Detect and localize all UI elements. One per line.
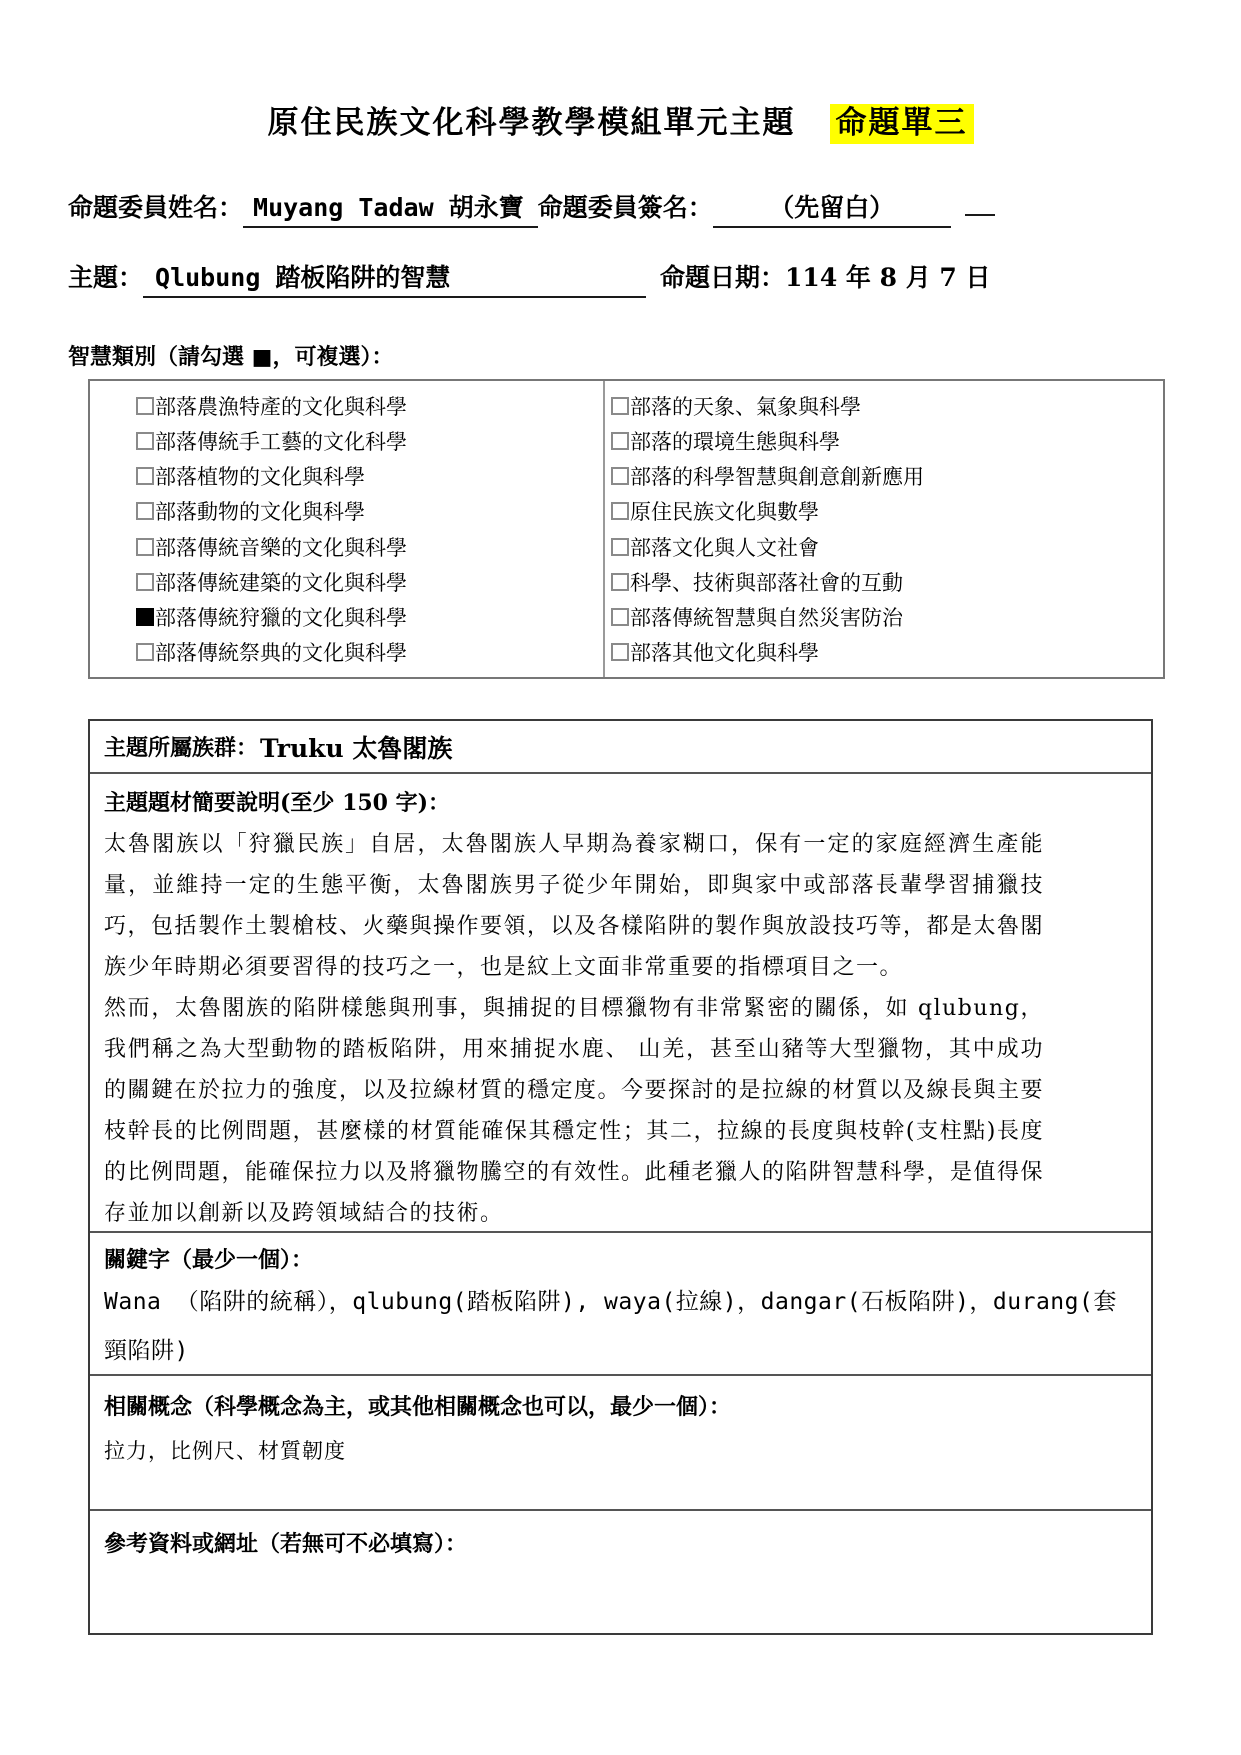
keywords-row: 關鍵字（最少一個）： Wana （陷阱的統稱），qlubung(踏板陷阱), w… bbox=[90, 1231, 1151, 1374]
category-label: 部落傳統狩獵的文化與科學 bbox=[155, 602, 407, 632]
ethnic-group-label: 主題所屬族群： bbox=[104, 731, 258, 762]
committee-line: 命題委員姓名：Muyang Tadaw 胡永寶命題委員簽名：（先留白） bbox=[68, 188, 1208, 228]
description-row: 主題題材簡要說明(至少 150 字)： 太魯閣族以「狩獵民族」自居，太魯閣族人早… bbox=[90, 772, 1151, 1231]
keywords-label: 關鍵字（最少一個）： bbox=[104, 1243, 1123, 1274]
checkbox-icon[interactable] bbox=[136, 538, 154, 556]
category-label: 部落其他文化與科學 bbox=[630, 637, 819, 667]
references-row: 參考資料或網址（若無可不必填寫）： bbox=[90, 1509, 1151, 1633]
checkbox-icon[interactable] bbox=[136, 502, 154, 520]
checkbox-icon[interactable] bbox=[136, 467, 154, 485]
checkbox-icon[interactable] bbox=[611, 608, 629, 626]
signature-label: 命題委員簽名： bbox=[538, 193, 713, 222]
checkbox-icon[interactable] bbox=[136, 397, 154, 415]
category-row: 部落傳統狩獵的文化與科學 bbox=[90, 602, 603, 632]
checkbox-icon[interactable] bbox=[611, 502, 629, 520]
category-row: 部落植物的文化與科學 bbox=[90, 461, 603, 491]
checkbox-icon[interactable] bbox=[611, 643, 629, 661]
category-row: 部落傳統手工藝的文化科學 bbox=[90, 426, 603, 456]
checkbox-icon[interactable] bbox=[611, 467, 629, 485]
checkbox-icon[interactable] bbox=[611, 538, 629, 556]
references-label: 參考資料或網址（若無可不必填寫）： bbox=[104, 1527, 1111, 1558]
ethnic-group-row: 主題所屬族群：Truku 太魯閣族 bbox=[90, 721, 1151, 772]
category-label: 部落傳統智慧與自然災害防治 bbox=[630, 602, 903, 632]
category-row: 部落的環境生態與科學 bbox=[605, 426, 1163, 456]
page-title: 原住民族文化科學教學模組單元主題命題單三 bbox=[0, 97, 1241, 142]
category-label: 部落傳統手工藝的文化科學 bbox=[155, 426, 407, 456]
concepts-row: 相關概念（科學概念為主，或其他相關概念也可以，最少一個）： 拉力，比例尺、材質韌… bbox=[90, 1374, 1151, 1509]
category-label: 部落傳統祭典的文化與科學 bbox=[155, 637, 407, 667]
document-page: 原住民族文化科學教學模組單元主題命題單三 命題委員姓名：Muyang Tadaw… bbox=[0, 0, 1241, 1755]
detail-table: 主題所屬族群：Truku 太魯閣族 主題題材簡要說明(至少 150 字)： 太魯… bbox=[88, 719, 1153, 1635]
category-row: 部落農漁特產的文化與科學 bbox=[90, 391, 603, 421]
category-row: 部落傳統建築的文化與科學 bbox=[90, 567, 603, 597]
description-paragraph-1: 太魯閣族以「狩獵民族」自居，太魯閣族人早期為養家糊口，保有一定的家庭經濟生產能量… bbox=[104, 824, 1044, 988]
category-row: 部落動物的文化與科學 bbox=[90, 496, 603, 526]
category-row: 科學、技術與部落社會的互動 bbox=[605, 567, 1163, 597]
date-label: 命題日期： bbox=[660, 263, 785, 292]
keywords-value: Wana （陷阱的統稱），qlubung(踏板陷阱), waya(拉線)，dan… bbox=[104, 1278, 1123, 1376]
checkbox-icon[interactable] bbox=[611, 432, 629, 450]
category-label: 部落的環境生態與科學 bbox=[630, 426, 840, 456]
category-label: 原住民族文化與數學 bbox=[630, 496, 819, 526]
category-row: 部落的天象、氣象與科學 bbox=[605, 391, 1163, 421]
category-heading: 智慧類別（請勾選 ■，可複選）： bbox=[68, 340, 393, 371]
checkbox-icon[interactable] bbox=[136, 432, 154, 450]
checkbox-icon[interactable] bbox=[611, 573, 629, 591]
topic-line: 主題：Qlubung 踏板陷阱的智慧命題日期：114 年 8 月 7 日 bbox=[68, 258, 1208, 298]
signature-field: （先留白） bbox=[713, 188, 951, 228]
category-label: 部落文化與人文社會 bbox=[630, 532, 819, 562]
topic-label: 主題： bbox=[68, 263, 143, 292]
category-label: 部落的天象、氣象與科學 bbox=[630, 391, 861, 421]
category-label: 部落傳統音樂的文化與科學 bbox=[155, 532, 407, 562]
category-label: 部落傳統建築的文化與科學 bbox=[155, 567, 407, 597]
date-value: 114 年 8 月 7 日 bbox=[785, 263, 991, 292]
description-paragraph-2: 然而，太魯閣族的陷阱樣態與刑事，與捕捉的目標獵物有非常緊密的關係，如 qlubu… bbox=[104, 988, 1044, 1234]
category-row: 部落傳統智慧與自然災害防治 bbox=[605, 602, 1163, 632]
title-highlight-badge: 命題單三 bbox=[830, 104, 974, 144]
checkbox-icon[interactable] bbox=[136, 608, 154, 626]
category-row: 部落傳統音樂的文化與科學 bbox=[90, 532, 603, 562]
checkbox-icon[interactable] bbox=[136, 573, 154, 591]
category-row: 部落其他文化與科學 bbox=[605, 637, 1163, 667]
checkbox-icon[interactable] bbox=[136, 643, 154, 661]
category-row: 部落傳統祭典的文化與科學 bbox=[90, 637, 603, 667]
category-label: 部落農漁特產的文化與科學 bbox=[155, 391, 407, 421]
category-label: 部落動物的文化與科學 bbox=[155, 496, 365, 526]
page-title-text: 原住民族文化科學教學模組單元主題 bbox=[268, 105, 796, 141]
committee-name-label: 命題委員姓名： bbox=[68, 193, 243, 222]
category-label: 部落植物的文化與科學 bbox=[155, 461, 365, 491]
ethnic-group-value: Truku 太魯閣族 bbox=[260, 729, 452, 765]
topic-field: Qlubung 踏板陷阱的智慧 bbox=[143, 258, 646, 298]
concepts-value: 拉力，比例尺、材質韌度 bbox=[104, 1435, 1111, 1465]
category-label: 部落的科學智慧與創意創新應用 bbox=[630, 461, 924, 491]
category-row: 原住民族文化與數學 bbox=[605, 496, 1163, 526]
category-label: 科學、技術與部落社會的互動 bbox=[630, 567, 903, 597]
concepts-label: 相關概念（科學概念為主，或其他相關概念也可以，最少一個）： bbox=[104, 1390, 1111, 1421]
category-row: 部落的科學智慧與創意創新應用 bbox=[605, 461, 1163, 491]
category-column-left: 部落農漁特產的文化與科學 部落傳統手工藝的文化科學 部落植物的文化與科學 部落動… bbox=[90, 381, 605, 677]
committee-name-field: Muyang Tadaw 胡永寶 bbox=[243, 188, 538, 228]
signature-blank-line bbox=[965, 191, 995, 216]
category-column-right: 部落的天象、氣象與科學 部落的環境生態與科學 部落的科學智慧與創意創新應用 原住… bbox=[605, 381, 1163, 677]
category-table: 部落農漁特產的文化與科學 部落傳統手工藝的文化科學 部落植物的文化與科學 部落動… bbox=[88, 379, 1165, 679]
description-label: 主題題材簡要說明(至少 150 字)： bbox=[104, 782, 1044, 824]
checkbox-icon[interactable] bbox=[611, 397, 629, 415]
category-row: 部落文化與人文社會 bbox=[605, 532, 1163, 562]
